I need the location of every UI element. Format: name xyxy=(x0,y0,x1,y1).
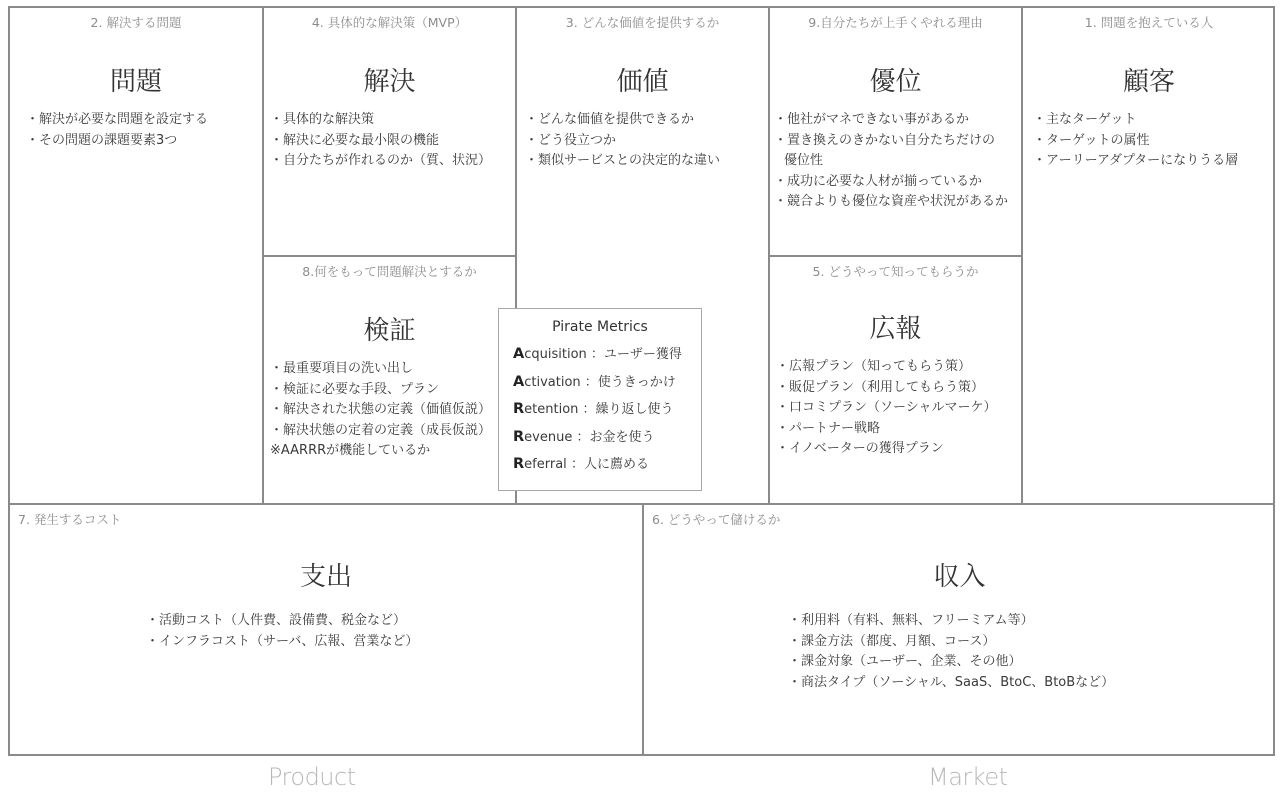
list-item: ・その問題の課題要素3つ xyxy=(26,131,262,152)
metric-name: cquisition xyxy=(524,347,587,362)
list-item: ・インフラコスト（サーバ、広報、営業など） xyxy=(146,632,642,653)
revenue-list: ・利用料（有料、無料、フリーミアム等） ・課金方法（都度、月額、コース） ・課金… xyxy=(644,611,1275,693)
list-item: 優位性 xyxy=(774,151,1021,172)
value-subtitle: 3. どんな価値を提供するか xyxy=(517,13,768,31)
metric-initial: R xyxy=(513,429,524,445)
metric-desc: ：お金を使う xyxy=(576,430,654,445)
list-item: ・アーリーアダプターになりうる層 xyxy=(1033,151,1275,172)
list-item: ※AARRRが機能しているか xyxy=(270,441,515,462)
list-item: ・解決状態の定着の定義（成長仮説） xyxy=(270,421,515,442)
list-item: ・利用料（有料、無料、フリーミアム等） xyxy=(788,611,1275,632)
metric-name: eferral xyxy=(524,457,567,472)
list-item: ・どんな価値を提供できるか xyxy=(525,110,768,131)
problem-title: 問題 xyxy=(10,61,262,98)
problem-cell: 2. 解決する問題 問題 ・解決が必要な問題を設定する ・その問題の課題要素3つ xyxy=(10,8,262,503)
list-item: ・販促プラン（利用してもらう策） xyxy=(776,378,1021,399)
pirate-metrics-box: Pirate Metrics Acquisition ：ユーザー獲得 Activ… xyxy=(498,308,702,491)
metric-desc: ：使うきっかけ xyxy=(585,375,676,390)
customer-list: ・主なターゲット ・ターゲットの属性 ・アーリーアダプターになりうる層 xyxy=(1023,110,1275,172)
list-item: ・解決に必要な最小限の機能 xyxy=(270,131,515,152)
list-item: ・成功に必要な人材が揃っているか xyxy=(774,172,1021,193)
footer-product-label: Product xyxy=(268,763,356,791)
advantage-title: 優位 xyxy=(770,61,1021,98)
pirate-metric-row: Activation ：使うきっかけ xyxy=(513,369,701,397)
list-item: ・競合よりも優位な資産や状況があるか xyxy=(774,192,1021,213)
list-item: ・他社がマネできない事があるか xyxy=(774,110,1021,131)
list-item: ・最重要項目の洗い出し xyxy=(270,359,515,380)
footer-market-label: Market xyxy=(928,763,1008,791)
list-item: ・イノベーターの獲得プラン xyxy=(776,439,1021,460)
verification-cell: 8.何をもって問題解決とするか 検証 ・最重要項目の洗い出し ・検証に必要な手段… xyxy=(264,257,515,503)
list-item: ・主なターゲット xyxy=(1033,110,1275,131)
metric-initial: A xyxy=(513,374,524,390)
metric-name: etention xyxy=(524,402,578,417)
list-item: ・解決が必要な問題を設定する xyxy=(26,110,262,131)
list-item: ・置き換えのきかない自分たちだけの xyxy=(774,131,1021,152)
list-item: ・課金方法（都度、月額、コース） xyxy=(788,632,1275,653)
promotion-list: ・広報プラン（知ってもらう策） ・販促プラン（利用してもらう策） ・口コミプラン… xyxy=(770,357,1021,460)
list-item: ・自分たちが作れるのか（質、状況） xyxy=(270,151,515,172)
list-item: ・解決された状態の定義（価値仮説） xyxy=(270,400,515,421)
list-item: ・検証に必要な手段、プラン xyxy=(270,380,515,401)
list-item: ・パートナー戦略 xyxy=(776,419,1021,440)
list-item: ・類似サービスとの決定的な違い xyxy=(525,151,768,172)
pirate-metric-row: Referral ：人に薦める xyxy=(513,451,701,479)
problem-list: ・解決が必要な問題を設定する ・その問題の課題要素3つ xyxy=(10,110,262,151)
revenue-cell: 6. どうやって儲けるか 収入 ・利用料（有料、無料、フリーミアム等） ・課金方… xyxy=(644,505,1275,756)
customer-cell: 1. 問題を抱えている人 顧客 ・主なターゲット ・ターゲットの属性 ・アーリー… xyxy=(1023,8,1275,503)
promotion-title: 広報 xyxy=(770,308,1021,345)
customer-title: 顧客 xyxy=(1023,61,1275,98)
solution-list: ・具体的な解決策 ・解決に必要な最小限の機能 ・自分たちが作れるのか（質、状況） xyxy=(264,110,515,172)
cost-list: ・活動コスト（人件費、設備費、税金など） ・インフラコスト（サーバ、広報、営業な… xyxy=(10,611,642,652)
list-item: ・課金対象（ユーザー、企業、その他） xyxy=(788,652,1275,673)
list-item: ・どう役立つか xyxy=(525,131,768,152)
promotion-cell: 5. どうやって知ってもらうか 広報 ・広報プラン（知ってもらう策） ・販促プラ… xyxy=(770,257,1021,503)
pirate-metric-row: Revenue ：お金を使う xyxy=(513,424,701,452)
pirate-metric-row: Acquisition ：ユーザー獲得 xyxy=(513,341,701,369)
verification-list: ・最重要項目の洗い出し ・検証に必要な手段、プラン ・解決された状態の定義（価値… xyxy=(264,359,515,462)
list-item: ・具体的な解決策 xyxy=(270,110,515,131)
metric-initial: R xyxy=(513,401,524,417)
cost-cell: 7. 発生するコスト 支出 ・活動コスト（人件費、設備費、税金など） ・インフラ… xyxy=(10,505,642,756)
promotion-subtitle: 5. どうやって知ってもらうか xyxy=(770,262,1021,280)
value-list: ・どんな価値を提供できるか ・どう役立つか ・類似サービスとの決定的な違い xyxy=(517,110,768,172)
list-item: ・活動コスト（人件費、設備費、税金など） xyxy=(146,611,642,632)
problem-subtitle: 2. 解決する問題 xyxy=(10,13,262,31)
list-item-continuation: 優位性 xyxy=(774,151,1021,172)
metric-desc: ：人に薦める xyxy=(571,457,649,472)
revenue-subtitle: 6. どうやって儲けるか xyxy=(644,510,1275,528)
metric-initial: R xyxy=(513,456,524,472)
metric-name: ctivation xyxy=(524,375,580,390)
solution-subtitle: 4. 具体的な解決策（MVP） xyxy=(264,13,515,31)
list-item: ・広報プラン（知ってもらう策） xyxy=(776,357,1021,378)
cost-subtitle: 7. 発生するコスト xyxy=(10,510,642,528)
verification-title: 検証 xyxy=(264,310,515,347)
verification-subtitle: 8.何をもって問題解決とするか xyxy=(264,262,515,280)
cost-title: 支出 xyxy=(10,556,642,593)
list-item: ・商法タイプ（ソーシャル、SaaS、BtoC、BtoBなど） xyxy=(788,673,1275,694)
revenue-title: 収入 xyxy=(644,556,1275,593)
list-item: ・口コミプラン（ソーシャルマーケ） xyxy=(776,398,1021,419)
metric-name: evenue xyxy=(524,430,572,445)
advantage-list: ・他社がマネできない事があるか ・置き換えのきかない自分たちだけの 優位性 ・成… xyxy=(770,110,1021,213)
advantage-subtitle: 9.自分たちが上手くやれる理由 xyxy=(770,13,1021,31)
value-title: 価値 xyxy=(517,61,768,98)
solution-title: 解決 xyxy=(264,61,515,98)
pirate-metric-row: Retention ：繰り返し使う xyxy=(513,396,701,424)
metric-desc: ：繰り返し使う xyxy=(583,402,674,417)
pirate-metrics-title: Pirate Metrics xyxy=(513,319,687,335)
metric-initial: A xyxy=(513,346,524,362)
customer-subtitle: 1. 問題を抱えている人 xyxy=(1023,13,1275,31)
advantage-cell: 9.自分たちが上手くやれる理由 優位 ・他社がマネできない事があるか ・置き換え… xyxy=(770,8,1021,255)
metric-desc: ：ユーザー獲得 xyxy=(591,347,682,362)
list-item: ・ターゲットの属性 xyxy=(1033,131,1275,152)
solution-cell: 4. 具体的な解決策（MVP） 解決 ・具体的な解決策 ・解決に必要な最小限の機… xyxy=(264,8,515,255)
